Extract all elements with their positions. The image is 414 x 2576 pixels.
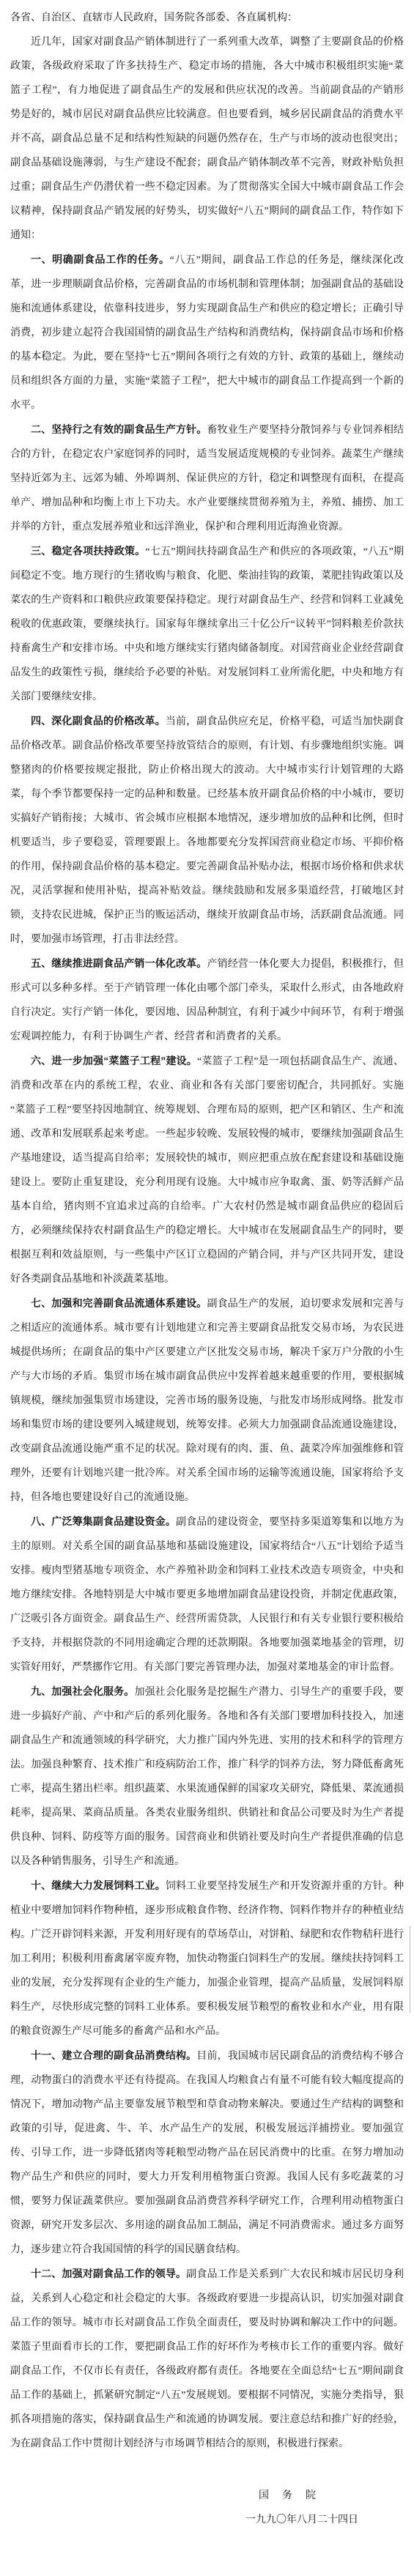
section-3-heading: 三、稳定各项扶持政策。 — [31, 545, 145, 557]
section-10-body: 饲料工业要坚持发展生产和开发资源并重的方针。种植业中要增加饲料作物种植，逐步形成… — [10, 1881, 404, 2037]
section-4-body: 当前，副食品供应充足，价格平稳，可适当加快副食品价格改革。副食品价格改革要坚持放… — [10, 716, 404, 945]
section-8-body: 副食品的建设资金，要坚持多渠道筹集和以地方为主的原则。对关系全国的副食品基地和基… — [10, 1517, 404, 1673]
section-12-heading: 十二、加强对副食品工作的领导。 — [31, 2268, 186, 2279]
section-9-body: 加强社会化服务是挖掘生产潜力、引导生产的重要手段，要进一步搞好产前、产中和产后的… — [10, 1687, 404, 1867]
section-3-body: “七五”期间扶持副食品生产和供应的各项政策，“八五”期间稳定不变。地方现行的生猪… — [10, 546, 404, 702]
section-12-body: 副食品工作是关系到广大农民和城市居民切身利益，关系到人心稳定和社会稳定的大事。各… — [10, 2269, 404, 2449]
section-1: 一、明确副食品工作的任务。“八五”期间，副食品工作总的任务是，继续深化改革，进一… — [10, 248, 404, 417]
section-7: 七、加强和完善副食品流通体系建设。副食品生产的发展，迫切要求发展和完善与之相适应… — [10, 1291, 404, 1510]
section-4: 四、深化副食品的价格改革。当前，副食品供应充足，价格平稳，可适当加快副食品价格改… — [10, 709, 404, 951]
section-1-heading: 一、明确副食品工作的任务。 — [31, 253, 170, 265]
section-6-body: “菜篮子工程”是一项包括副食品生产、流通、消费和改革在内的系统工程，农业、商业和… — [10, 1056, 404, 1285]
section-1-body: “八五”期间，副食品工作总的任务是，继续深化改革，进一步理顺副食品价格，完善副食… — [10, 255, 404, 411]
section-3: 三、稳定各项扶持政策。“七五”期间扶持副食品生产和供应的各项政策，“八五”期间稳… — [10, 539, 404, 709]
salutation: 各省、自治区、直辖市人民政府，国务院各部委、各直属机构： — [10, 6, 404, 30]
section-8-heading: 八、广泛筹集副食品建设资金。 — [31, 1515, 176, 1527]
intro-paragraph: 近几年，国家对副食品产销体制进行了一系列重大改革，调整了主要副食品的价格政策，各… — [10, 30, 404, 248]
section-9-heading: 九、加强社会化服务。 — [31, 1685, 134, 1697]
section-11-body: 目前，我国城市居民副食品的消费结构不够合理，动物蛋白的消费水平还有待提高。在我国… — [10, 2051, 404, 2255]
section-4-heading: 四、深化副食品的价格改革。 — [31, 715, 166, 727]
section-11: 十一、建立合理的副食品消费结构。目前，我国城市居民副食品的消费结构不够合理，动物… — [10, 2044, 404, 2262]
issuer-signature: 国 务 院 — [10, 2484, 404, 2508]
section-6-heading: 六、进一步加强“菜篮子工程”建设。 — [31, 1055, 197, 1066]
section-7-heading: 七、加强和完善副食品流通体系建设。 — [31, 1297, 207, 1309]
signature-block: 国 务 院 一九九〇年八月二十四日 — [10, 2484, 404, 2532]
section-7-body: 副食品生产的发展，迫切要求发展和完善与之相适应的流通体系。城市要有计划地建立和完… — [10, 1299, 404, 1503]
section-5: 五、继续推进副食品产销一体化改革。产销经营一体化要大力提倡，积极推行，但形式可以… — [10, 951, 404, 1049]
section-9: 九、加强社会化服务。加强社会化服务是挖掘生产潜力、引导生产的重要手段，要进一步搞… — [10, 1679, 404, 1874]
section-12: 十二、加强对副食品工作的领导。副食品工作是关系到广大农民和城市居民切身利益，关系… — [10, 2262, 404, 2456]
section-10: 十、继续大力发展饲料工业。饲料工业要坚持发展生产和开发资源并重的方针。种植业中要… — [10, 1874, 404, 2044]
document-page: 各省、自治区、直辖市人民政府，国务院各部委、各直属机构： 近几年，国家对副食品产… — [0, 0, 414, 2576]
section-2-body: 畜牧业生产要坚持分散饲养与专业饲养相结合的方针，在稳定农户家庭饲养的同时，适当发… — [10, 425, 404, 532]
section-5-heading: 五、继续推进副食品产销一体化改革。 — [31, 957, 207, 969]
section-8: 八、广泛筹集副食品建设资金。副食品的建设资金，要坚持多渠道筹集和以地方为主的原则… — [10, 1510, 404, 1679]
section-6: 六、进一步加强“菜篮子工程”建设。“菜篮子工程”是一项包括副食品生产、流通、消费… — [10, 1049, 404, 1291]
section-2: 二、坚持行之有效的副食品生产方针。畜牧业生产要坚持分散饲养与专业饲养相结合的方针… — [10, 417, 404, 539]
section-11-heading: 十一、建立合理的副食品消费结构。 — [31, 2049, 196, 2061]
section-2-heading: 二、坚持行之有效的副食品生产方针。 — [31, 423, 207, 435]
section-5-body: 产销经营一体化要大力提倡，积极推行，但形式可以多种多样。至于产销管理一体化由哪个… — [10, 959, 404, 1042]
section-10-heading: 十、继续大力发展饲料工业。 — [31, 1879, 166, 1891]
scan-edge-artifact-line — [410, 1926, 410, 2013]
issue-date: 一九九〇年八月二十四日 — [10, 2508, 404, 2532]
